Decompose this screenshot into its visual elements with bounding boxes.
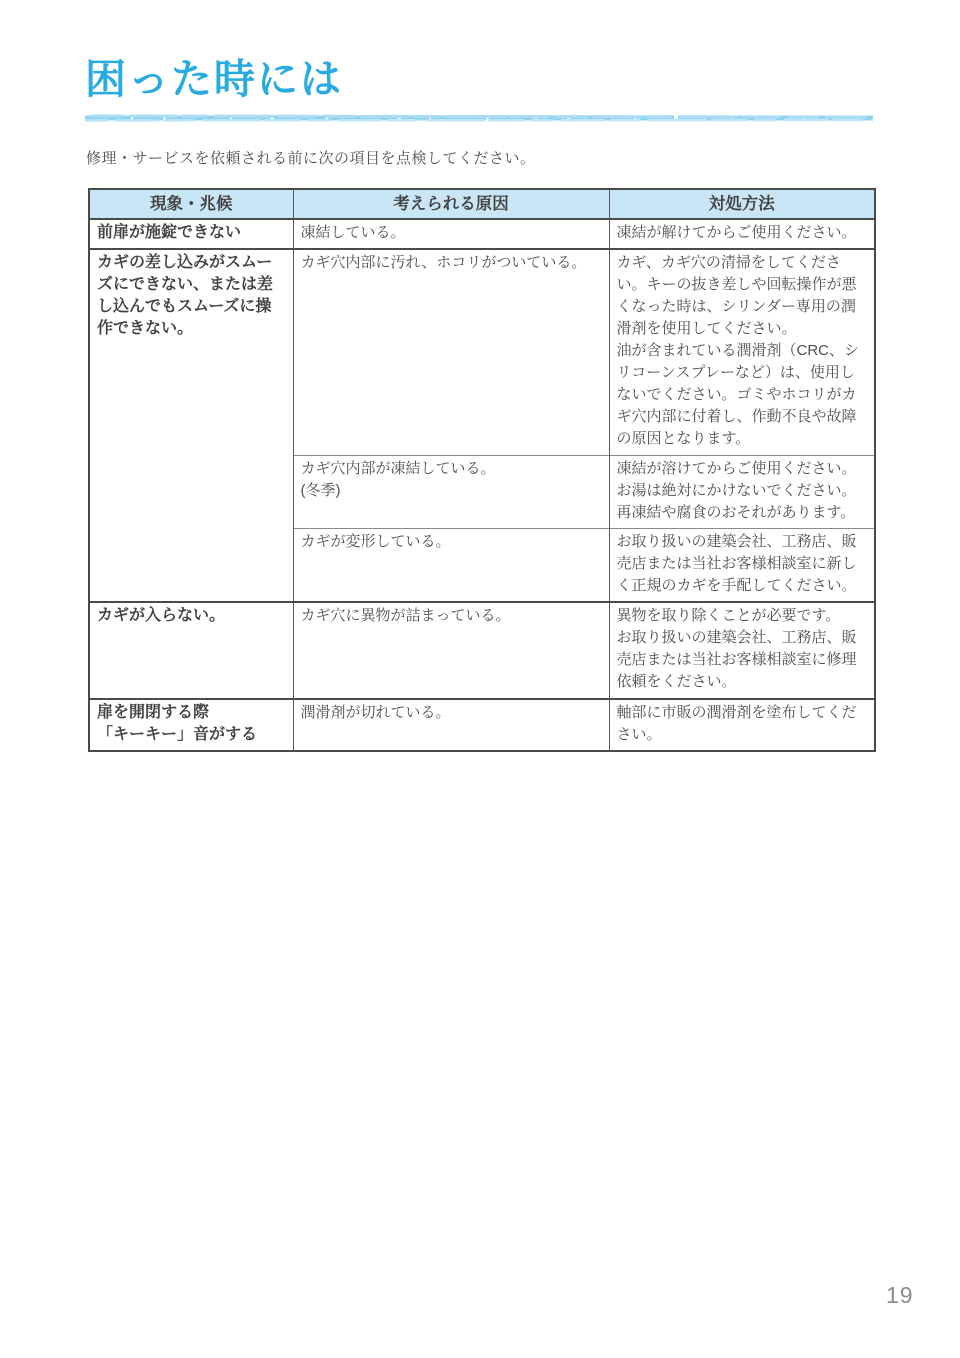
remedy-cell: カギ、カギ穴の清掃をしてください。キーの抜き差しや回転操作が悪くなった時は、シリ… [609, 249, 875, 455]
column-header-symptom: 現象・兆候 [89, 189, 293, 219]
cause-cell: カギが変形している。 [293, 528, 609, 602]
remedy-cell: 凍結が溶けてからご使用ください。お湯は絶対にかけないでください。再凍結や腐食のお… [609, 455, 875, 528]
title-underline-decoration [85, 112, 873, 124]
remedy-cell: 軸部に市販の潤滑剤を塗布してください。 [609, 699, 875, 751]
remedy-cell: お取り扱いの建築会社、工務店、販売店または当社お客様相談室に新しく正規のカギを手… [609, 528, 875, 602]
page-number: 19 [886, 1282, 914, 1309]
table-header-row: 現象・兆候 考えられる原因 対処方法 [89, 189, 875, 219]
cause-cell: 凍結している。 [293, 219, 609, 249]
page-title: 困った時には [85, 56, 343, 103]
symptom-cell: 前扉が施錠できない [89, 219, 293, 249]
symptom-cell: カギの差し込みがスムーズにできない、または差し込んでもスムーズに操作できない。 [89, 249, 293, 602]
cause-cell: カギ穴内部が凍結している。 (冬季) [293, 455, 609, 528]
symptom-cell: カギが入らない。 [89, 602, 293, 699]
cause-cell: カギ穴に異物が詰まっている。 [293, 602, 609, 699]
table-row: 前扉が施錠できない 凍結している。 凍結が解けてからご使用ください。 [89, 219, 875, 249]
table-row: カギの差し込みがスムーズにできない、または差し込んでもスムーズに操作できない。 … [89, 249, 875, 455]
column-header-remedy: 対処方法 [609, 189, 875, 219]
table-row: カギが入らない。 カギ穴に異物が詰まっている。 異物を取り除くことが必要です。 … [89, 602, 875, 699]
troubleshooting-table: 現象・兆候 考えられる原因 対処方法 前扉が施錠できない 凍結している。 凍結が… [88, 188, 876, 752]
remedy-cell: 異物を取り除くことが必要です。 お取り扱いの建築会社、工務店、販売店または当社お… [609, 602, 875, 699]
intro-text: 修理・サービスを依頼される前に次の項目を点検してください。 [86, 147, 536, 168]
column-header-cause: 考えられる原因 [293, 189, 609, 219]
cause-cell: 潤滑剤が切れている。 [293, 699, 609, 751]
table-row: 扉を開閉する際 「キーキー」音がする 潤滑剤が切れている。 軸部に市販の潤滑剤を… [89, 699, 875, 751]
symptom-cell: 扉を開閉する際 「キーキー」音がする [89, 699, 293, 751]
cause-cell: カギ穴内部に汚れ、ホコリがついている。 [293, 249, 609, 455]
remedy-cell: 凍結が解けてからご使用ください。 [609, 219, 875, 249]
